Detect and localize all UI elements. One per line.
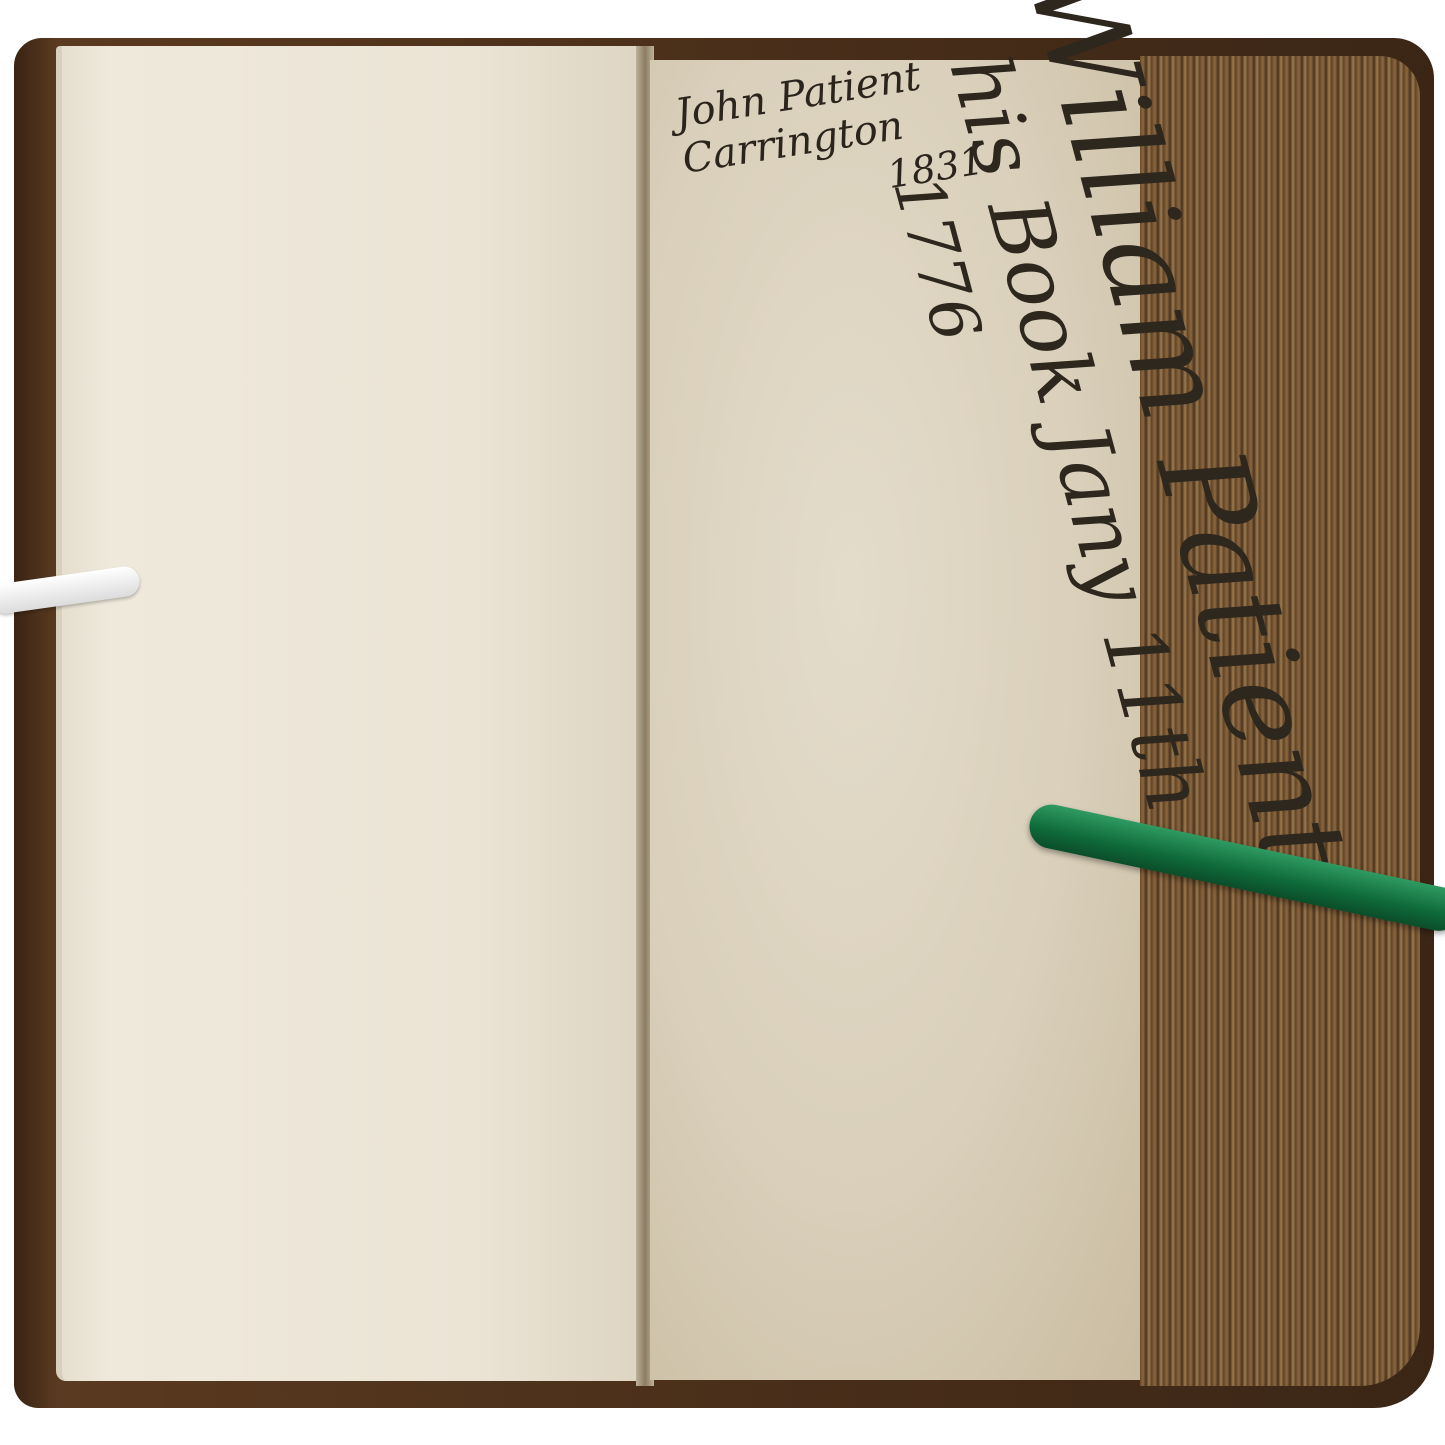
photo-scene: illegible stamp John Patient Carrington …: [0, 0, 1445, 1445]
